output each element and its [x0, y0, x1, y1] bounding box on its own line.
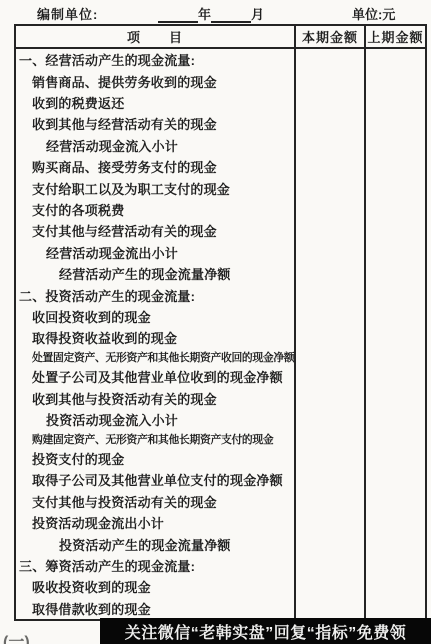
item-label: 销售商品、提供劳务收到的现金 — [16, 70, 294, 91]
prior-period-amount-cell — [364, 242, 425, 263]
table-row: 一、经营活动产生的现金流量: — [16, 49, 425, 70]
table-row: 投资支付的现金 — [16, 448, 425, 469]
table-row: 经营活动现金流入小计 — [16, 135, 425, 156]
current-period-amount-cell — [294, 242, 364, 263]
table-row: 支付的各项税费 — [16, 199, 425, 220]
prior-period-amount-cell — [364, 263, 425, 284]
year-label: 年 — [198, 7, 211, 22]
prior-period-amount-cell — [364, 448, 425, 469]
item-label: 三、筹资活动产生的现金流量: — [16, 555, 294, 576]
current-period-amount-cell — [294, 448, 364, 469]
date-fill-in-area: 年月 — [158, 4, 264, 23]
prior-period-amount-cell — [364, 327, 425, 348]
table-row: 收到的税费返还 — [16, 92, 425, 113]
current-period-amount-cell — [294, 576, 364, 597]
current-period-amount-cell — [294, 70, 364, 91]
prepared-by-label: 编制单位: — [37, 4, 98, 23]
item-label: 支付其他与经营活动有关的现金 — [16, 220, 294, 241]
item-label: 收到其他与经营活动有关的现金 — [16, 113, 294, 134]
table-row: 处置子公司及其他营业单位收到的现金净额 — [16, 366, 425, 387]
prior-period-amount-cell — [364, 469, 425, 490]
table-row: 经营活动产生的现金流量净额 — [16, 263, 425, 284]
table-row: 取得借款收到的现金 — [16, 598, 425, 619]
prior-period-amount-cell — [364, 177, 425, 198]
prior-period-amount-cell — [364, 366, 425, 387]
table-row: 收回投资收到的现金 — [16, 306, 425, 327]
item-label: 二、投资活动产生的现金流量: — [16, 284, 294, 305]
prior-period-amount-cell — [364, 491, 425, 512]
year-blank-line — [158, 10, 198, 23]
table-row: 支付给职工以及为职工支付的现金 — [16, 177, 425, 198]
current-period-amount-cell — [294, 327, 364, 348]
item-label: 收到其他与投资活动有关的现金 — [16, 388, 294, 409]
table-row: 支付其他与投资活动有关的现金 — [16, 491, 425, 512]
column-header-current-period: 本期金额 — [294, 26, 364, 47]
table-row: 吸收投资收到的现金 — [16, 576, 425, 597]
column-header-prior-period: 上期金额 — [364, 26, 425, 47]
item-label: 经营活动产生的现金流量净额 — [16, 263, 294, 284]
prior-period-amount-cell — [364, 533, 425, 554]
form-header: 编制单位: 年月 单位:元 — [0, 0, 431, 24]
prior-period-amount-cell — [364, 220, 425, 241]
prior-period-amount-cell — [364, 409, 425, 430]
item-label: 投资活动产生的现金流量净额 — [16, 533, 294, 554]
prior-period-amount-cell — [364, 92, 425, 113]
prior-period-amount-cell — [364, 156, 425, 177]
current-period-amount-cell — [294, 430, 364, 447]
table-row: 二、投资活动产生的现金流量: — [16, 284, 425, 305]
item-label: 收到的税费返还 — [16, 92, 294, 113]
table-row: 处置固定资产、无形资产和其他长期资产收回的现金净额 — [16, 349, 425, 366]
currency-unit-label: 单位:元 — [352, 4, 395, 23]
item-label: 取得子公司及其他营业单位支付的现金净额 — [16, 469, 294, 490]
prior-period-amount-cell — [364, 199, 425, 220]
table-row: 支付其他与经营活动有关的现金 — [16, 220, 425, 241]
item-label: 取得投资收益收到的现金 — [16, 327, 294, 348]
prior-period-amount-cell — [364, 576, 425, 597]
current-period-amount-cell — [294, 49, 364, 70]
current-period-amount-cell — [294, 306, 364, 327]
current-period-amount-cell — [294, 135, 364, 156]
current-period-amount-cell — [294, 366, 364, 387]
current-period-amount-cell — [294, 263, 364, 284]
current-period-amount-cell — [294, 177, 364, 198]
table-row: 投资活动产生的现金流量净额 — [16, 533, 425, 554]
prior-period-amount-cell — [364, 49, 425, 70]
item-label: 经营活动现金流出小计 — [16, 242, 294, 263]
prior-period-amount-cell — [364, 430, 425, 447]
month-label: 月 — [251, 7, 264, 22]
corner-page-fragment: (一) — [3, 629, 30, 644]
current-period-amount-cell — [294, 113, 364, 134]
current-period-amount-cell — [294, 92, 364, 113]
current-period-amount-cell — [294, 555, 364, 576]
table-row: 收到其他与经营活动有关的现金 — [16, 113, 425, 134]
current-period-amount-cell — [294, 491, 364, 512]
item-label: 购建固定资产、无形资产和其他长期资产支付的现金 — [16, 430, 294, 447]
current-period-amount-cell — [294, 284, 364, 305]
item-label: 投资活动现金流入小计 — [16, 409, 294, 430]
table-row: 经营活动现金流出小计 — [16, 242, 425, 263]
item-label: 处置固定资产、无形资产和其他长期资产收回的现金净额 — [16, 349, 294, 366]
scanned-cash-flow-statement-page: 编制单位: 年月 单位:元 项 目 本期金额 上期金额 一、经营活动产生的现金流… — [0, 0, 431, 644]
item-label: 处置子公司及其他营业单位收到的现金净额 — [16, 366, 294, 387]
current-period-amount-cell — [294, 512, 364, 533]
prior-period-amount-cell — [364, 512, 425, 533]
current-period-amount-cell — [294, 156, 364, 177]
current-period-amount-cell — [294, 469, 364, 490]
prior-period-amount-cell — [364, 349, 425, 366]
prior-period-amount-cell — [364, 555, 425, 576]
prior-period-amount-cell — [364, 70, 425, 91]
prior-period-amount-cell — [364, 135, 425, 156]
item-label: 支付给职工以及为职工支付的现金 — [16, 177, 294, 198]
current-period-amount-cell — [294, 349, 364, 366]
prior-period-amount-cell — [364, 388, 425, 409]
table-header-row: 项 目 本期金额 上期金额 — [16, 26, 425, 49]
current-period-amount-cell — [294, 409, 364, 430]
prior-period-amount-cell — [364, 284, 425, 305]
item-label: 取得借款收到的现金 — [16, 598, 294, 619]
table-row: 投资活动现金流出小计 — [16, 512, 425, 533]
cash-flow-table: 项 目 本期金额 上期金额 一、经营活动产生的现金流量:销售商品、提供劳务收到的… — [14, 24, 427, 621]
current-period-amount-cell — [294, 199, 364, 220]
table-row: 取得子公司及其他营业单位支付的现金净额 — [16, 469, 425, 490]
column-header-item: 项 目 — [16, 26, 294, 47]
table-body: 一、经营活动产生的现金流量:销售商品、提供劳务收到的现金收到的税费返还收到其他与… — [16, 49, 425, 619]
current-period-amount-cell — [294, 598, 364, 619]
table-row: 购建固定资产、无形资产和其他长期资产支付的现金 — [16, 430, 425, 447]
item-label: 收回投资收到的现金 — [16, 306, 294, 327]
table-row: 取得投资收益收到的现金 — [16, 327, 425, 348]
item-label: 经营活动现金流入小计 — [16, 135, 294, 156]
prior-period-amount-cell — [364, 598, 425, 619]
table-row: 三、筹资活动产生的现金流量: — [16, 555, 425, 576]
table-row: 购买商品、接受劳务支付的现金 — [16, 156, 425, 177]
item-label: 投资支付的现金 — [16, 448, 294, 469]
item-label: 支付其他与投资活动有关的现金 — [16, 491, 294, 512]
wechat-promo-banner: 关注微信“老韩实盘”回复“指标”免费领 — [100, 618, 431, 644]
item-label: 吸收投资收到的现金 — [16, 576, 294, 597]
item-label: 购买商品、接受劳务支付的现金 — [16, 156, 294, 177]
table-row: 投资活动现金流入小计 — [16, 409, 425, 430]
prior-period-amount-cell — [364, 113, 425, 134]
table-row: 销售商品、提供劳务收到的现金 — [16, 70, 425, 91]
month-blank-line — [211, 10, 251, 23]
current-period-amount-cell — [294, 533, 364, 554]
table-row: 收到其他与投资活动有关的现金 — [16, 388, 425, 409]
current-period-amount-cell — [294, 220, 364, 241]
item-label: 一、经营活动产生的现金流量: — [16, 49, 294, 70]
prior-period-amount-cell — [364, 306, 425, 327]
item-label: 支付的各项税费 — [16, 199, 294, 220]
item-label: 投资活动现金流出小计 — [16, 512, 294, 533]
current-period-amount-cell — [294, 388, 364, 409]
